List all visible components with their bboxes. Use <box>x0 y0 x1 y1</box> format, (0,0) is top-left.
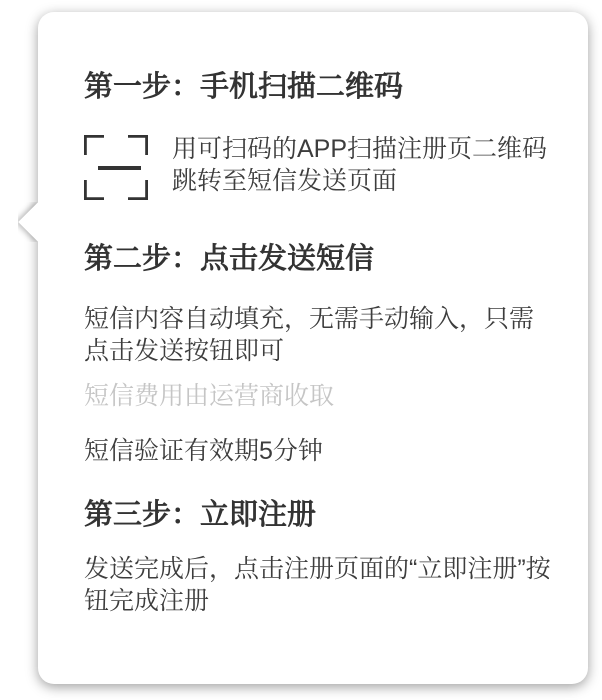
step-1-row: 用可扫码的APP扫描注册页二维码跳转至短信发送页面 <box>84 133 552 200</box>
step-2-title: 第二步：点击发送短信 <box>84 243 552 275</box>
registration-steps-popover: 第一步：手机扫描二维码 用可扫码的APP扫描注册页二维码跳转至短信发送页面 第二… <box>38 12 588 684</box>
step-3-section: 第三步：立即注册 发送完成后，点击注册页面的“立即注册”按钮完成注册 <box>84 499 552 617</box>
popover-arrow-shape <box>18 202 38 242</box>
step-3-description: 发送完成后，点击注册页面的“立即注册”按钮完成注册 <box>84 553 552 617</box>
sms-fee-note: 短信费用由运营商收取 <box>84 380 552 412</box>
qr-scan-icon <box>84 135 148 200</box>
page-background: 第一步：手机扫描二维码 用可扫码的APP扫描注册页二维码跳转至短信发送页面 第二… <box>0 0 602 700</box>
step-1-title: 第一步：手机扫描二维码 <box>84 71 552 103</box>
popover-arrow-left <box>18 202 38 242</box>
step-3-title: 第三步：立即注册 <box>84 499 552 531</box>
step-2-description: 短信内容自动填充，无需手动输入，只需点击发送按钮即可 <box>84 303 552 367</box>
step-1-description: 用可扫码的APP扫描注册页二维码跳转至短信发送页面 <box>172 133 552 200</box>
step-2-section: 第二步：点击发送短信 短信内容自动填充，无需手动输入，只需点击发送按钮即可 短信… <box>84 243 552 467</box>
sms-validity-note: 短信验证有效期5分钟 <box>84 435 552 467</box>
step-1-section: 第一步：手机扫描二维码 用可扫码的APP扫描注册页二维码跳转至短信发送页面 <box>84 71 552 200</box>
